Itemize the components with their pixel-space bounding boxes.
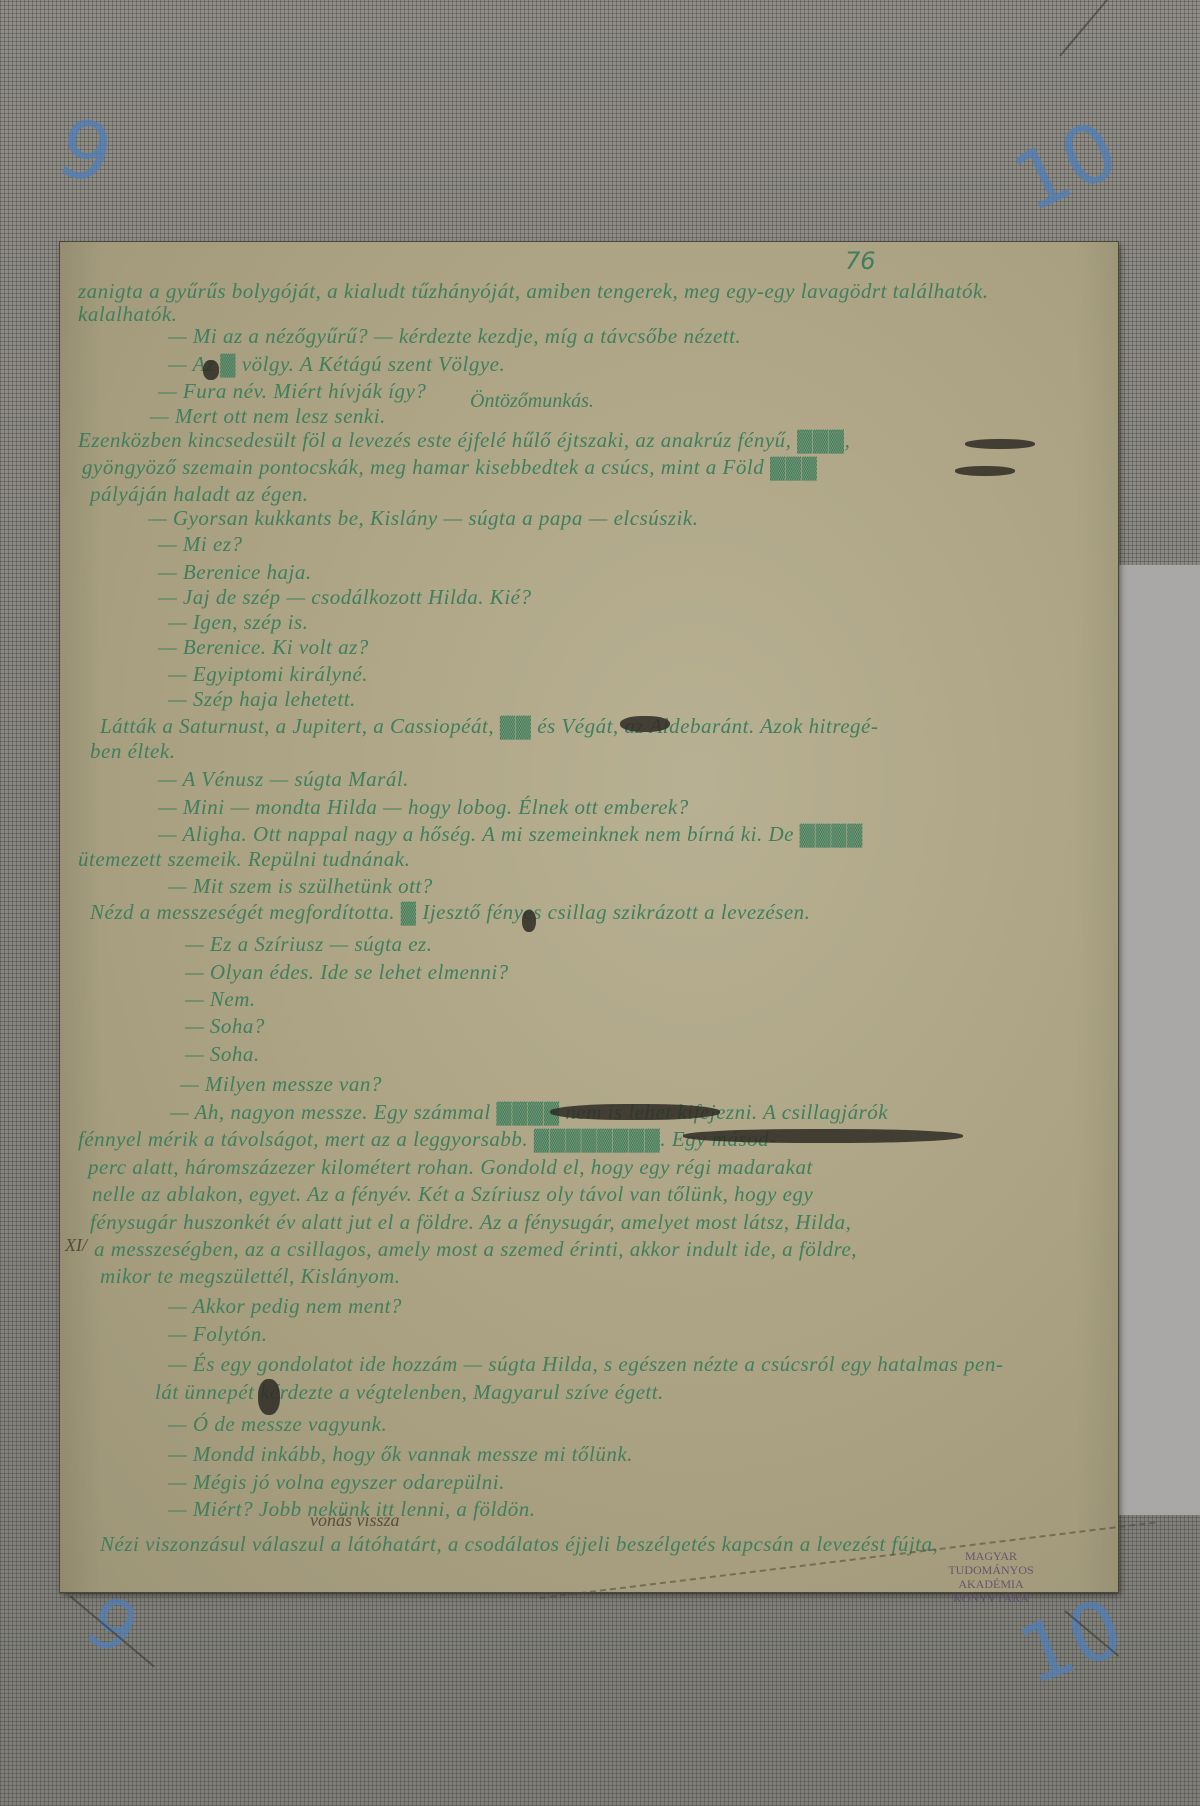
- page-number: 76: [845, 247, 876, 275]
- corner-guide-line: [1059, 0, 1118, 57]
- text-line: Ezenközben kincsedesült föl a levezés es…: [78, 428, 850, 453]
- stamp-line: TUDOMÁNYOS AKADÉMIA: [926, 1563, 1056, 1591]
- pencil-mark-top-left: 9: [49, 100, 122, 203]
- text-line: — Ah, nagyon messze. Egy számmal ▓▓▓▓ ne…: [170, 1100, 888, 1125]
- text-line: Látták a Saturnust, a Jupitert, a Cassio…: [100, 714, 878, 739]
- text-line: — Jaj de szép — csodálkozott Hilda. Kié?: [158, 585, 531, 610]
- text-line: gyöngyöző szemain pontocskák, meg hamar …: [82, 455, 817, 480]
- text-line: mikor te megszülettél, Kislányom.: [100, 1264, 401, 1289]
- library-stamp: MAGYAR TUDOMÁNYOS AKADÉMIA KÖNYVTÁRA: [926, 1549, 1056, 1605]
- text-line: — Soha.: [185, 1042, 260, 1067]
- text-line: lát ünnepét kérdezte a végtelenben, Magy…: [155, 1380, 664, 1405]
- pencil-correction: vonás vissza: [310, 1510, 400, 1531]
- text-line: a messzeségben, az a csillagos, amely mo…: [94, 1237, 857, 1262]
- stamp-line: MAGYAR: [926, 1549, 1056, 1563]
- strikethrough-scribble: [550, 1104, 720, 1120]
- text-line: — Milyen messze van?: [180, 1072, 382, 1097]
- ink-blot: [203, 360, 219, 380]
- text-line: — Folytón.: [168, 1322, 268, 1347]
- text-line: ütemezett szemeik. Repülni tudnának.: [78, 847, 410, 872]
- manuscript-page: 76 zanigta a gyűrűs bolygóját, a kialudt…: [60, 242, 1118, 1592]
- text-line: — Szép haja lehetett.: [168, 687, 356, 712]
- text-line: — Berenice haja.: [158, 560, 312, 585]
- text-line: nelle az ablakon, egyet. Az a fényév. Ké…: [92, 1182, 813, 1207]
- text-line: perc alatt, háromszázezer kilométert roh…: [88, 1155, 813, 1180]
- ink-blot: [522, 910, 536, 932]
- text-line: — Egyiptomi királyné.: [168, 662, 368, 687]
- text-line: — Olyan édes. Ide se lehet elmenni?: [185, 960, 509, 985]
- text-line: fénysugár huszonkét év alatt jut el a fö…: [90, 1210, 851, 1235]
- text-line: — Akkor pedig nem ment?: [168, 1294, 402, 1319]
- strikethrough-scribble: [965, 439, 1035, 449]
- text-line: — Soha?: [185, 1014, 265, 1039]
- stamp-line: KÖNYVTÁRA: [926, 1591, 1056, 1605]
- text-line: — Fura név. Miért hívják így?: [158, 379, 426, 404]
- text-line: — Ó de messze vagyunk.: [168, 1412, 387, 1437]
- text-line: — És egy gondolatot ide hozzám — súgta H…: [168, 1352, 1003, 1377]
- pencil-mark-top-right: 10: [1000, 103, 1132, 230]
- text-line: — Mini — mondta Hilda — hogy lobog. Élne…: [158, 795, 689, 820]
- text-line: Nézd a messzeségét megfordította. ▓ Ijes…: [90, 900, 810, 925]
- text-line: zanigta a gyűrűs bolygóját, a kialudt tű…: [78, 279, 989, 304]
- backing-sheet: [1115, 565, 1200, 1515]
- strikethrough-scribble: [683, 1129, 963, 1143]
- text-line: — Nem.: [185, 987, 256, 1012]
- text-line: Nézi viszonzásul válaszul a látóhatárt, …: [100, 1532, 938, 1557]
- text-line: — Mégis jó volna egyszer odarepülni.: [168, 1470, 505, 1495]
- text-line: — Berenice. Ki volt az?: [158, 635, 369, 660]
- text-line: — Mi az a nézőgyűrű? — kérdezte kezdje, …: [168, 324, 741, 349]
- text-line: — Mert ott nem lesz senki.: [150, 404, 386, 429]
- strikethrough-scribble: [955, 466, 1015, 476]
- text-line: — Igen, szép is.: [168, 610, 308, 635]
- text-line: ben éltek.: [90, 739, 175, 764]
- text-line: — Ez a Szíriusz — súgta ez.: [185, 932, 432, 957]
- text-line: kalalhatók.: [78, 302, 177, 327]
- text-line: — Gyorsan kukkants be, Kislány — súgta a…: [148, 506, 698, 531]
- text-line: fénnyel mérik a távolságot, mert az a le…: [78, 1127, 777, 1152]
- margin-note: XI/: [65, 1235, 87, 1256]
- ink-blot: [620, 716, 670, 732]
- text-line: — Mi ez?: [158, 532, 243, 557]
- pencil-mark-bottom-left: 9: [72, 1579, 152, 1672]
- text-line: — Mondd inkább, hogy ők vannak messze mi…: [168, 1442, 633, 1467]
- text-line: — A Vénusz — súgta Marál.: [158, 767, 409, 792]
- text-line: — Aligha. Ott nappal nagy a hőség. A mi …: [158, 822, 863, 847]
- text-line: pályáján haladt az égen.: [90, 482, 308, 507]
- interlinear-insert: Öntözőmunkás.: [470, 390, 594, 413]
- text-line: — Mit szem is szülhetünk ott?: [168, 874, 433, 899]
- ink-blot: [258, 1379, 280, 1415]
